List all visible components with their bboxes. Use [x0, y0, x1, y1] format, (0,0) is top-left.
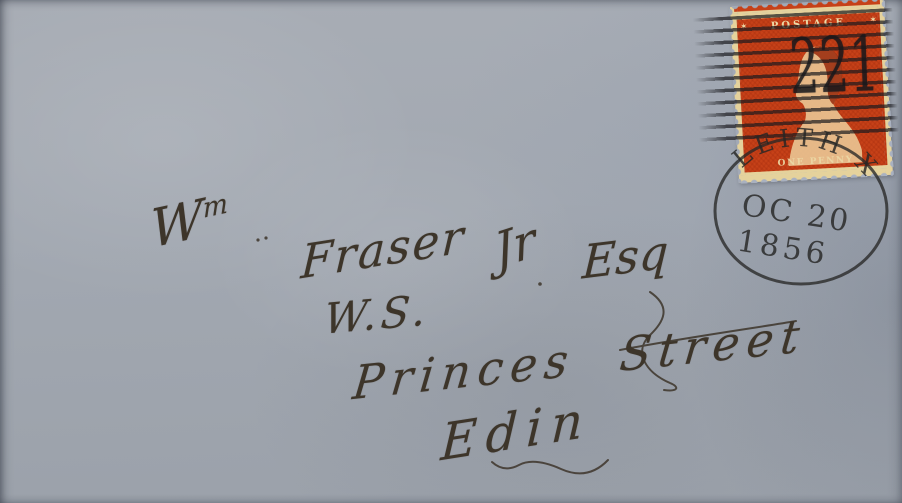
envelope-photo: ✶ POSTAGE ✶ ONE PENNY 221 LEITH X [0, 0, 902, 503]
circular-datestamp: LEITH X OC 20 1856 [698, 122, 902, 298]
cancel-numeral: 221 [788, 27, 860, 105]
recipient-superscript: m [202, 188, 228, 225]
address-designation: W.S. [322, 289, 431, 341]
address-suffix: Jr [492, 215, 539, 276]
address-honorific: Esq [581, 228, 669, 285]
cds-town-text: LEITH X [724, 122, 891, 195]
recipient-initial: W [150, 189, 204, 261]
